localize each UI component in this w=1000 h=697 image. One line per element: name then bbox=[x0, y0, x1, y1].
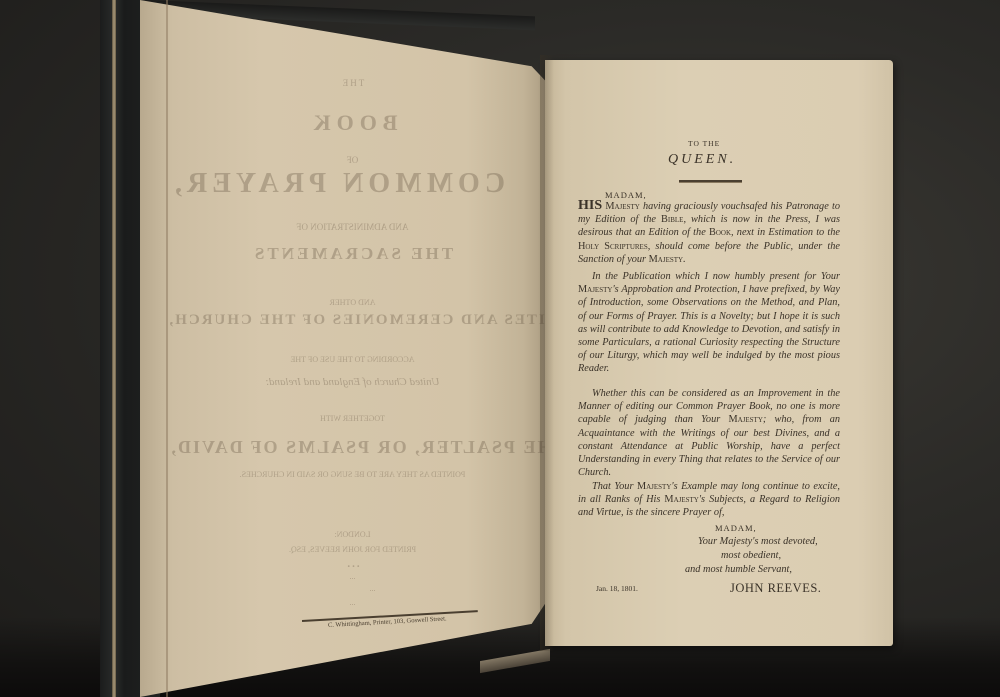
heading-rule bbox=[679, 180, 742, 183]
bleed-line: United Church of England and Ireland: bbox=[160, 376, 545, 388]
bleed-line: ... bbox=[160, 572, 545, 581]
closing-line-1: Your Majesty's most devoted, bbox=[698, 536, 818, 547]
bleed-line: COMMON PRAYER, bbox=[160, 168, 515, 200]
paragraph-text: That Your bbox=[592, 481, 637, 492]
bleed-line: LONDON: bbox=[160, 530, 545, 539]
small-caps-word: Majesty bbox=[728, 414, 762, 425]
paragraph-1: HIS Majesty having graciously vouchsafed… bbox=[578, 199, 840, 266]
small-caps-word: Book bbox=[709, 227, 731, 238]
bleed-line: OF bbox=[160, 155, 545, 165]
bleed-line: BOOK bbox=[160, 110, 545, 136]
closing-line-3: and most humble Servant, bbox=[685, 564, 792, 575]
bleed-line: AND ADMINISTRATION OF bbox=[160, 222, 545, 232]
gutter-shadow bbox=[540, 55, 554, 651]
paragraph-text: In the Publication which I now humbly pr… bbox=[592, 271, 840, 282]
bleed-line: THE bbox=[160, 78, 545, 88]
paragraph-2: In the Publication which I now humbly pr… bbox=[578, 270, 840, 376]
bleed-line: TOGETHER WITH bbox=[160, 414, 545, 423]
small-caps-word: Holy Scriptures bbox=[578, 241, 648, 252]
bleed-line: THE SACRAMENTS bbox=[160, 244, 545, 264]
bleed-line: ... bbox=[160, 584, 585, 593]
drop-cap-word: HIS bbox=[578, 198, 602, 213]
small-caps-word: Majesty bbox=[578, 284, 612, 295]
bleed-line: RITES AND CEREMONIES OF THE CHURCH, bbox=[160, 312, 565, 329]
paragraph-text: , next in Estimation to the bbox=[731, 227, 840, 238]
small-caps-word: Majesty bbox=[637, 481, 671, 492]
signature: JOHN REEVES. bbox=[730, 581, 821, 596]
dedication-heading-small: TO THE bbox=[688, 139, 720, 148]
bleed-line: ACCORDING TO THE USE OF THE bbox=[160, 355, 545, 364]
bleed-line: POINTED AS THEY ARE TO BE SUNG OR SAID I… bbox=[160, 470, 545, 479]
small-caps-word: Majesty bbox=[649, 254, 683, 265]
small-caps-word: Bible bbox=[661, 214, 683, 225]
dedication-heading: QUEEN. bbox=[668, 152, 736, 168]
bleed-line: ... bbox=[160, 558, 545, 570]
paragraph-3: Whether this can be considered as an Imp… bbox=[578, 387, 840, 479]
left-page-bleed-through-title: THE BOOK OF COMMON PRAYER, AND ADMINISTR… bbox=[160, 0, 545, 697]
dedication-date: Jan. 18, 1801. bbox=[596, 584, 638, 593]
paragraph-text: . bbox=[683, 254, 686, 265]
closing-salutation: MADAM, bbox=[715, 523, 757, 533]
paragraph-text: 's Approbation and Protection, I have pr… bbox=[578, 284, 840, 374]
cover-gilt-edge bbox=[112, 0, 116, 697]
small-caps-word: Majesty bbox=[605, 201, 639, 212]
bleed-line: AND OTHER bbox=[160, 298, 545, 307]
bleed-line: ... bbox=[160, 598, 545, 607]
closing-line-2: most obedient, bbox=[721, 550, 781, 561]
paragraph-4: That Your Majesty's Example may long con… bbox=[578, 480, 840, 520]
bleed-line: THE PSALTER, OR PSALMS OF DAVID, bbox=[160, 437, 575, 458]
bleed-line: PRINTED FOR JOHN REEVES, ESQ. bbox=[160, 545, 545, 554]
small-caps-word: Majesty bbox=[664, 494, 698, 505]
photo-scene: THE BOOK OF COMMON PRAYER, AND ADMINISTR… bbox=[0, 0, 1000, 697]
